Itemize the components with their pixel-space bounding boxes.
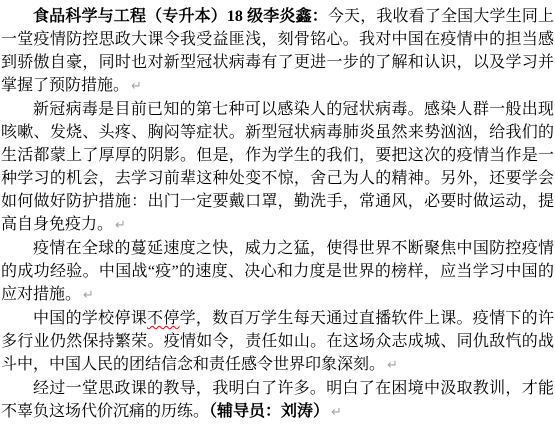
author-heading: 食品科学与工程（专升本）18 级李炎鑫：: [33, 8, 328, 25]
paragraph-intro[interactable]: 食品科学与工程（专升本）18 级李炎鑫：今天，我收看了全国大学生同上一堂疫情防控…: [1, 5, 554, 98]
paragraph-return-mark: ↵: [129, 79, 142, 94]
paragraph-return-mark: ↵: [81, 288, 94, 303]
paragraph-text: 中国的学校停课: [33, 310, 147, 327]
spellcheck-underlined-text: 不停: [147, 310, 180, 327]
document-page[interactable]: 食品科学与工程（专升本）18 级李炎鑫：今天，我收看了全国大学生同上一堂疫情防控…: [0, 0, 555, 429]
paragraph-school-online[interactable]: 中国的学校停课不停学，数百万学生每天通过直播软件上课。疫情下的许多行业仍然保持繁…: [1, 307, 554, 377]
paragraph-virus-info[interactable]: 新冠病毒是目前已知的第七种可以感染人的冠状病毒。感染人群一般出现咳嗽、发烧、头疼…: [1, 98, 554, 237]
paragraph-return-mark: ↵: [113, 218, 126, 233]
paragraph-return-mark: ↵: [329, 405, 342, 420]
paragraph-global-epidemic[interactable]: 疫情在全球的蔓延速度之快，威力之猛，使得世界不断聚焦中国防控疫情的成功经验。中国…: [1, 237, 554, 307]
paragraph-conclusion[interactable]: 经过一堂思政课的教导，我明白了许多。明白了在困境中汲取教训，才能不辜负这场代价沉…: [1, 377, 554, 424]
paragraph-text: 新冠病毒是目前已知的第七种可以感染人的冠状病毒。感染人群一般出现咳嗽、发烧、头疼…: [1, 101, 554, 233]
paragraph-return-mark: ↵: [385, 358, 398, 373]
counselor-signature: （辅导员：刘涛）: [209, 403, 329, 420]
